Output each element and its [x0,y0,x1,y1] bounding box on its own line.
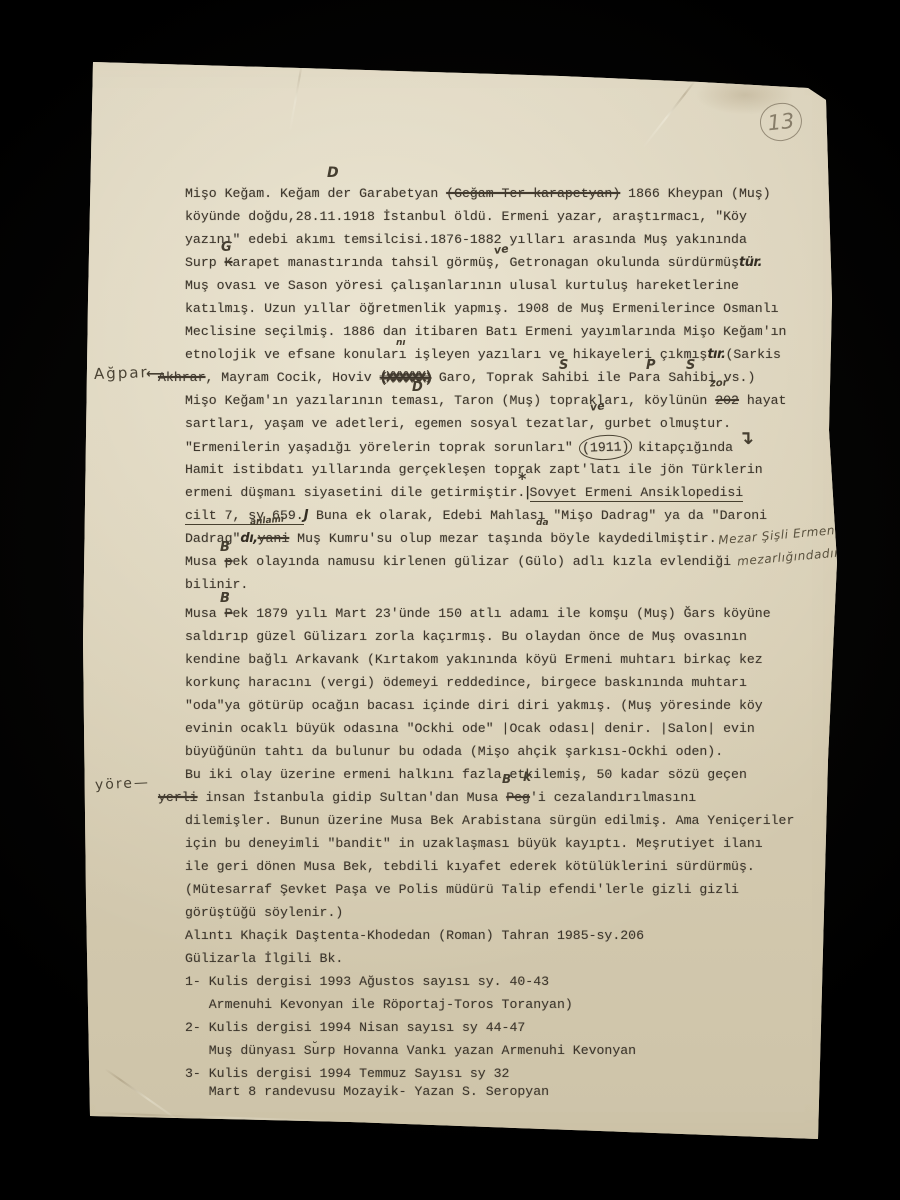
insertion-ve: ve [493,243,509,256]
correction-capital-b-2: B [220,592,230,605]
correction-capital-s: S [559,359,568,372]
margin-note-agpar: Ağpar [94,365,149,382]
arrow-down-icon: ↴ [738,429,754,448]
insertion-ve-2: ve [589,400,605,412]
correction-capital-p: P [646,359,656,372]
correction-capital-b-3: B [502,773,511,785]
correction-capital-s-2: S [686,359,695,372]
correction-capital-b: B [220,541,230,554]
correction-capital-d: D [327,166,339,180]
insertion-ni: nı [396,339,406,348]
asterisk-mark: * [518,471,526,487]
correction-zor: zor [710,378,728,389]
correction-capital-d-2: D [412,381,423,394]
document-page: 13 Mişo Keğam. Keğam der Garabetyan (Geğ… [0,0,900,1200]
correction-capital-g: G [221,241,232,254]
insertion-da: da [536,519,549,528]
margin-note-yore: yöre— [95,776,151,793]
margin-note-mezar-line2: mezarlığındadır [737,547,840,568]
correction-k: k [523,771,531,783]
arrow-left-icon: ⟵ [146,368,165,381]
mark-surp: ˘ [311,1041,317,1053]
insertion-anlami: anlamı [250,516,285,528]
annotations-layer: DGvenıAğpar⟵DSPSzorve↴*anlamıdaMezar Şiş… [0,0,900,1200]
photo-background: 13 Mişo Keğam. Keğam der Garabetyan (Geğ… [0,0,900,1200]
margin-note-mezar-line1: Mezar Şişli Ermeni [718,524,840,547]
